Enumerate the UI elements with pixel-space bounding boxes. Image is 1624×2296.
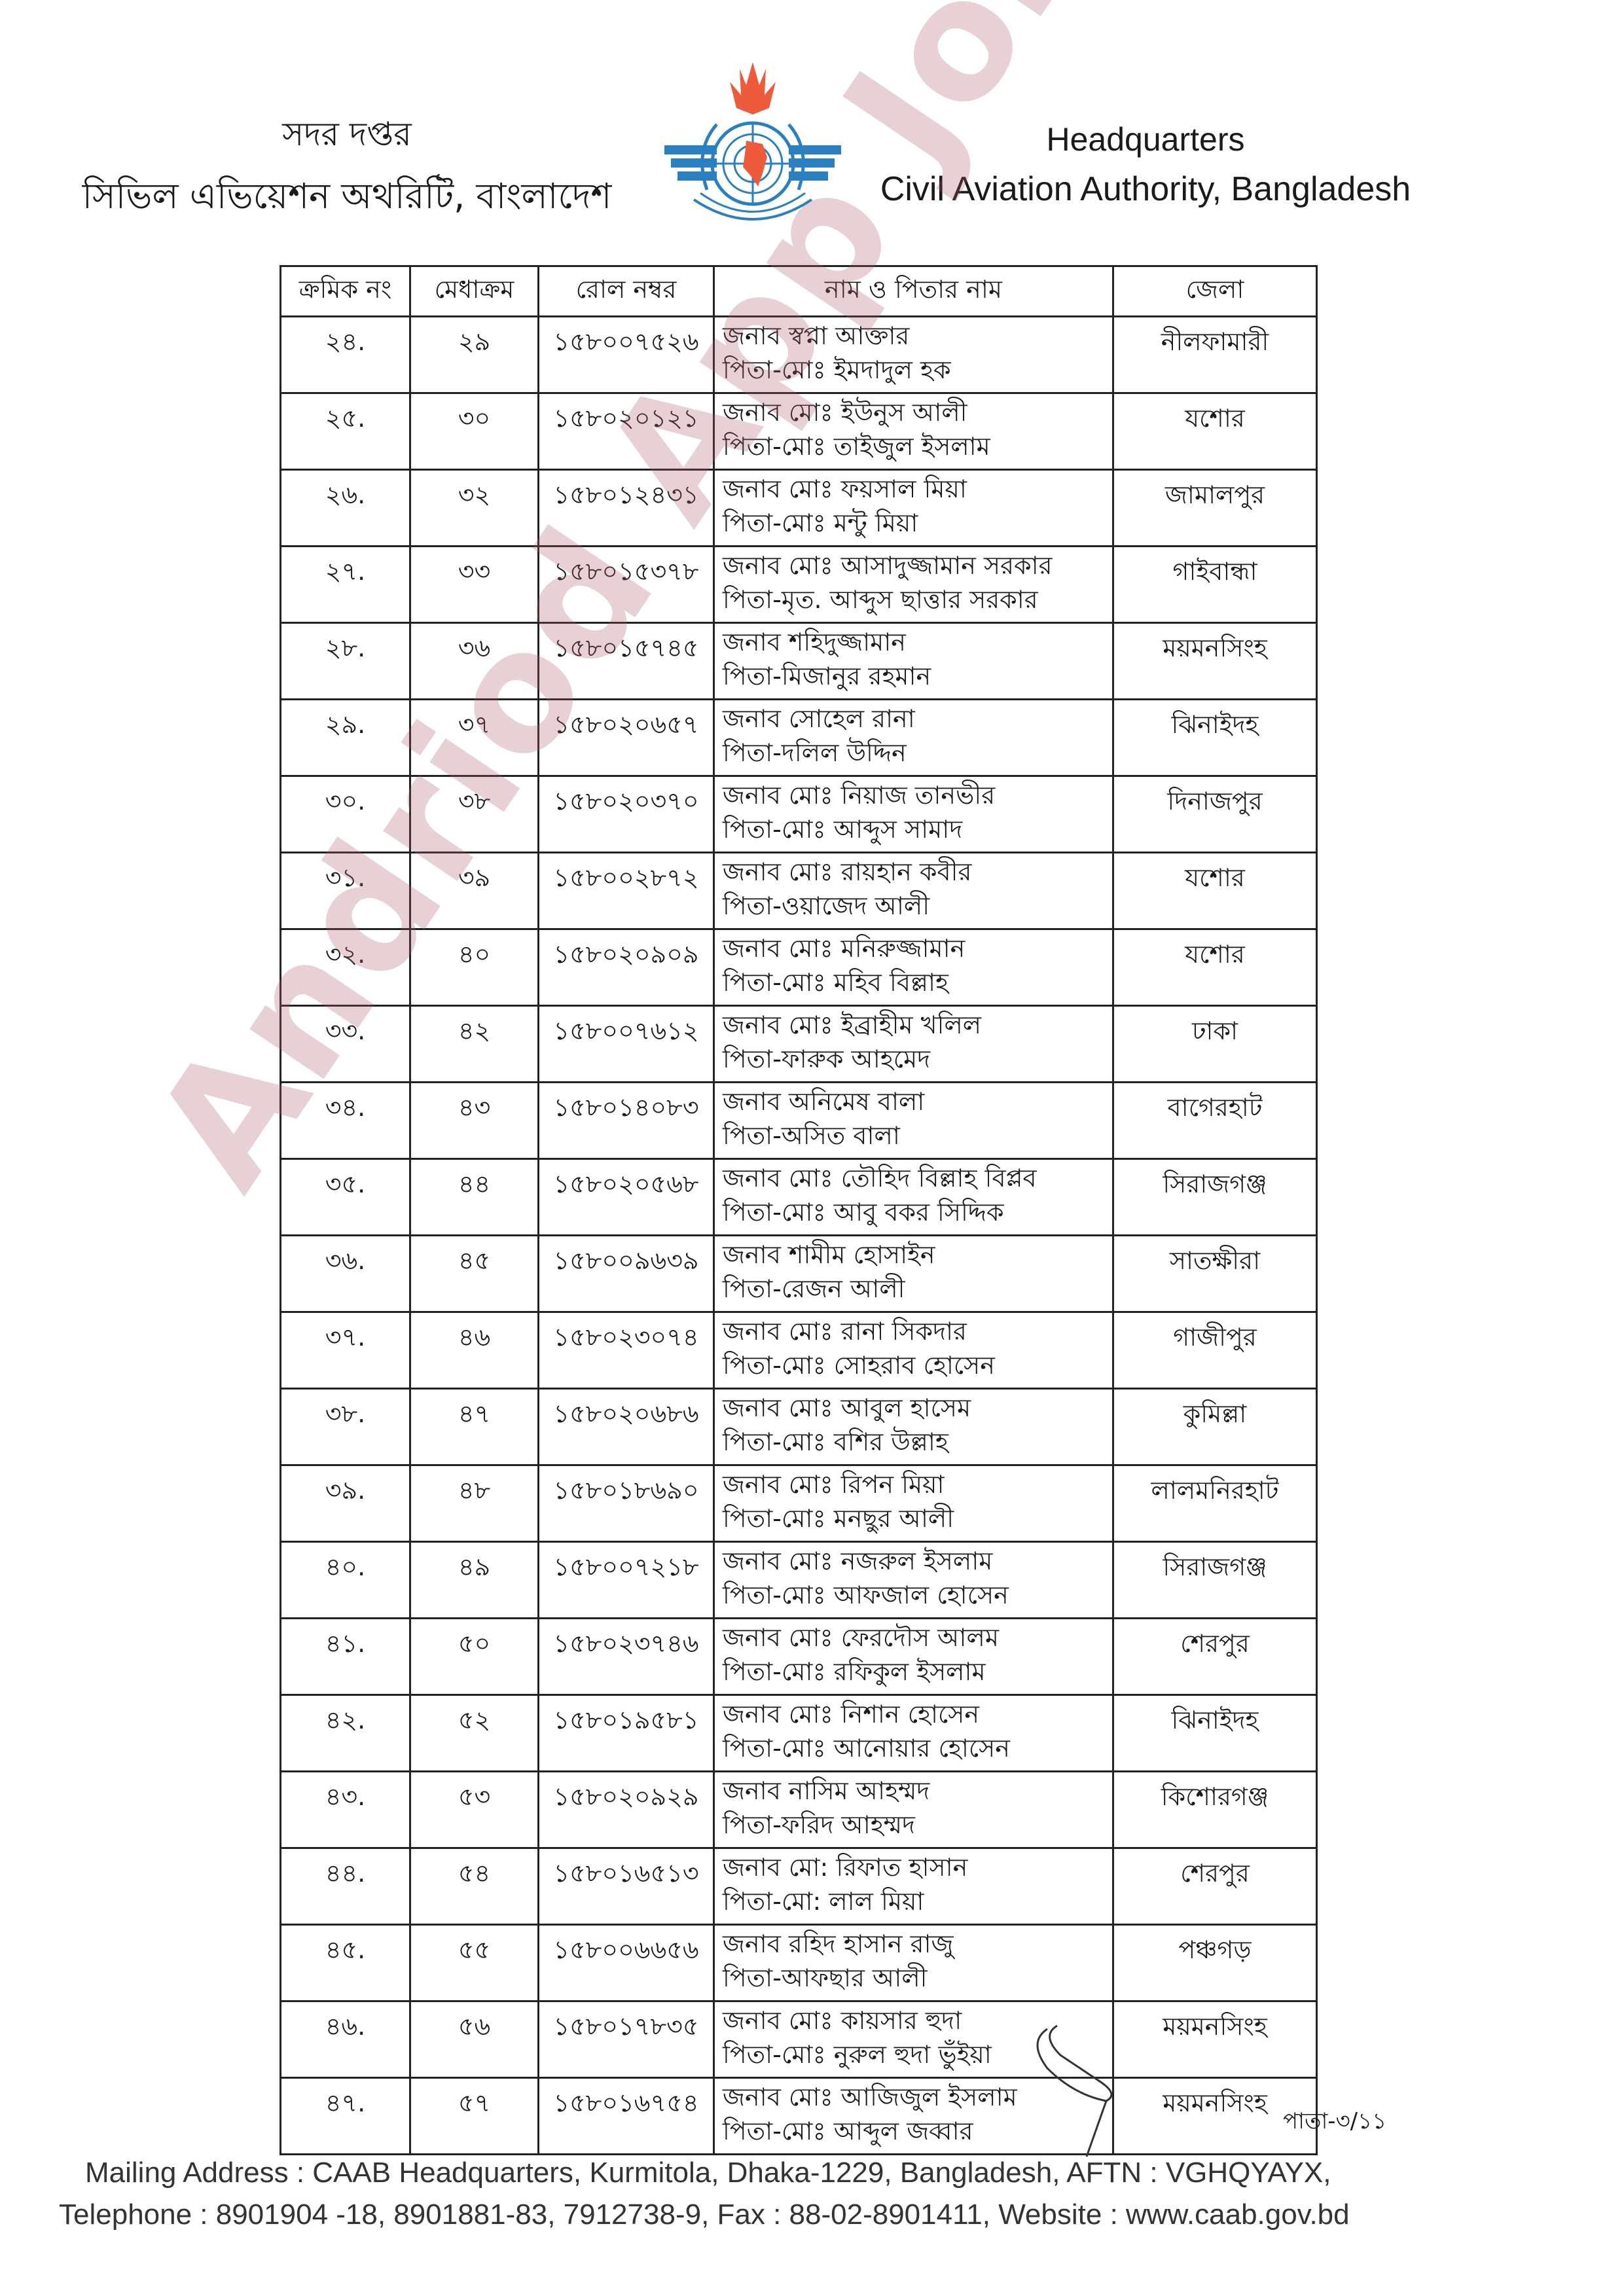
serial-cell: ২৭. — [281, 547, 410, 623]
district-cell: ময়মনসিংহ — [1113, 623, 1317, 700]
father-name: পিতা-আফছার আলী — [723, 1961, 1111, 1995]
merit-cell: ৪৫ — [410, 1236, 539, 1312]
table-row: ৩০.৩৮১৫৮০২০৩৭০জনাব মোঃ নিয়াজ তানভীরপিতা… — [281, 776, 1317, 853]
name-cell: জনাব মোঃ নিশান হোসেনপিতা-মোঃ আনোয়ার হোস… — [714, 1695, 1113, 1772]
district-cell: যশোর — [1113, 393, 1317, 470]
serial-cell: ৩২. — [281, 929, 410, 1006]
col-serial: ক্রমিক নং — [281, 266, 410, 317]
candidate-name: জনাব মোঃ ইব্রাহীম খলিল — [723, 1008, 1111, 1042]
merit-cell: ৪৪ — [410, 1159, 539, 1236]
table-row: ২৭.৩৩১৫৮০১৫৩৭৮জনাব মোঃ আসাদুজ্জামান সরকা… — [281, 547, 1317, 623]
father-name: পিতা-মোঃ ইমদাদুল হক — [723, 353, 1111, 387]
table-row: ৩১.৩৯১৫৮০০২৮৭২জনাব মোঃ রায়হান কবীরপিতা-… — [281, 853, 1317, 929]
roll-cell: ১৫৮০১৫৭৪৫ — [539, 623, 714, 700]
table-row: ৩৩.৪২১৫৮০০৭৬১২জনাব মোঃ ইব্রাহীম খলিলপিতা… — [281, 1006, 1317, 1083]
candidate-name: জনাব রহিদ হাসান রাজু — [723, 1927, 1111, 1961]
footer-line1: Mailing Address : CAAB Headquarters, Kur… — [39, 2153, 1479, 2193]
merit-cell: ৫৫ — [410, 1925, 539, 2001]
roll-cell: ১৫৮০১৯৫৮১ — [539, 1695, 714, 1772]
header-en-line2: Civil Aviation Authority, Bangladesh — [857, 166, 1434, 212]
roll-cell: ১৫৮০২০৬৫৭ — [539, 700, 714, 776]
serial-cell: ৪৫. — [281, 1925, 410, 2001]
merit-cell: ৫০ — [410, 1619, 539, 1695]
document-page: সদর দপ্তর সিভিল এভিয়েশন অথরিটি, বাংলাদে… — [0, 0, 1624, 2296]
father-name: পিতা-মিজানুর রহমান — [723, 659, 1111, 693]
serial-cell: ৩৩. — [281, 1006, 410, 1083]
header-bn-line1: সদর দপ্তর — [65, 111, 628, 157]
table-header-row: ক্রমিক নং মেধাক্রম রোল নম্বর নাম ও পিতার… — [281, 266, 1317, 317]
candidate-name: জনাব মোঃ ইউনুস আলী — [723, 395, 1111, 429]
district-cell: জামালপুর — [1113, 470, 1317, 547]
merit-cell: ৪৭ — [410, 1389, 539, 1465]
header-bengali: সদর দপ্তর সিভিল এভিয়েশন অথরিটি, বাংলাদে… — [65, 111, 628, 223]
table-row: ৪৪.৫৪১৫৮০১৬৫১৩জনাব মো: রিফাত হাসানপিতা-ম… — [281, 1848, 1317, 1925]
candidate-name: জনাব মোঃ তৌহিদ বিল্লাহ বিপ্লব — [723, 1161, 1111, 1195]
serial-cell: ৩৮. — [281, 1389, 410, 1465]
candidate-name: জনাব অনিমেষ বালা — [723, 1085, 1111, 1119]
name-cell: জনাব স্বপ্না আক্তারপিতা-মোঃ ইমদাদুল হক — [714, 317, 1113, 393]
roll-cell: ১৫৮০২০১২১ — [539, 393, 714, 470]
candidate-name: জনাব মোঃ রানা সিকদার — [723, 1314, 1111, 1348]
candidate-name: জনাব মোঃ আবুল হাসেম — [723, 1391, 1111, 1425]
table-row: ৪৭.৫৭১৫৮০১৬৭৫৪জনাব মোঃ আজিজুল ইসলামপিতা-… — [281, 2078, 1317, 2155]
candidate-name: জনাব মোঃ নিশান হোসেন — [723, 1697, 1111, 1731]
footer-line2: Telephone : 8901904 -18, 8901881-83, 791… — [39, 2195, 1479, 2234]
header-english: Headquarters Civil Aviation Authority, B… — [857, 118, 1434, 212]
name-cell: জনাব মোঃ রিপন মিয়াপিতা-মোঃ মনছুর আলী — [714, 1465, 1113, 1542]
merit-cell: ৫৭ — [410, 2078, 539, 2155]
table-row: ৩৪.৪৩১৫৮০১৪০৮৩জনাব অনিমেষ বালাপিতা-অসিত … — [281, 1083, 1317, 1159]
merit-cell: ৪৩ — [410, 1083, 539, 1159]
district-cell: সাতক্ষীরা — [1113, 1236, 1317, 1312]
table-row: ২৯.৩৭১৫৮০২০৬৫৭জনাব সোহেল রানাপিতা-দলিল উ… — [281, 700, 1317, 776]
table-row: ৪১.৫০১৫৮০২৩৭৪৬জনাব মোঃ ফেরদৌস আলমপিতা-মো… — [281, 1619, 1317, 1695]
merit-cell: ৫৩ — [410, 1772, 539, 1848]
father-name: পিতা-রেজন আলী — [723, 1272, 1111, 1306]
col-roll: রোল নম্বর — [539, 266, 714, 317]
table-row: ২৪.২৯১৫৮০০৭৫২৬জনাব স্বপ্না আক্তারপিতা-মো… — [281, 317, 1317, 393]
name-cell: জনাব মোঃ ফেরদৌস আলমপিতা-মোঃ রফিকুল ইসলাম — [714, 1619, 1113, 1695]
district-cell: যশোর — [1113, 929, 1317, 1006]
roll-cell: ১৫৮০০৯৬৩৯ — [539, 1236, 714, 1312]
table-row: ৩৭.৪৬১৫৮০২৩০৭৪জনাব মোঃ রানা সিকদারপিতা-ম… — [281, 1312, 1317, 1389]
table-row: ৪৬.৫৬১৫৮০১৭৮৩৫জনাব মোঃ কায়সার হুদাপিতা-… — [281, 2001, 1317, 2078]
serial-cell: ২৮. — [281, 623, 410, 700]
roll-cell: ১৫৮০০৭২১৮ — [539, 1542, 714, 1619]
district-cell: যশোর — [1113, 853, 1317, 929]
district-cell: সিরাজগঞ্জ — [1113, 1159, 1317, 1236]
district-cell: লালমনিরহাট — [1113, 1465, 1317, 1542]
merit-cell: ৫৪ — [410, 1848, 539, 1925]
header-bn-line2: সিভিল এভিয়েশন অথরিটি, বাংলাদেশ — [65, 170, 628, 223]
page-number: পাতা-৩/১১ — [1283, 2104, 1386, 2142]
merit-cell: ৪৮ — [410, 1465, 539, 1542]
table-row: ২৬.৩২১৫৮০১২৪৩১জনাব মোঃ ফয়সাল মিয়াপিতা-… — [281, 470, 1317, 547]
serial-cell: ৪০. — [281, 1542, 410, 1619]
serial-cell: ২৬. — [281, 470, 410, 547]
header-en-line1: Headquarters — [857, 118, 1434, 161]
district-cell: শেরপুর — [1113, 1619, 1317, 1695]
district-cell: ঝিনাইদহ — [1113, 700, 1317, 776]
merit-cell: ৪৯ — [410, 1542, 539, 1619]
name-cell: জনাব মো: রিফাত হাসানপিতা-মো: লাল মিয়া — [714, 1848, 1113, 1925]
candidate-name: জনাব নাসিম আহম্মদ — [723, 1774, 1111, 1808]
name-cell: জনাব নাসিম আহম্মদপিতা-ফরিদ আহম্মদ — [714, 1772, 1113, 1848]
name-cell: জনাব শামীম হোসাইনপিতা-রেজন আলী — [714, 1236, 1113, 1312]
roll-cell: ১৫৮০০৭৫২৬ — [539, 317, 714, 393]
table-row: ৪৫.৫৫১৫৮০০৬৬৫৬জনাব রহিদ হাসান রাজুপিতা-আ… — [281, 1925, 1317, 2001]
father-name: পিতা-অসিত বালা — [723, 1119, 1111, 1153]
table-row: ৩৫.৪৪১৫৮০২০৫৬৮জনাব মোঃ তৌহিদ বিল্লাহ বিপ… — [281, 1159, 1317, 1236]
table-row: ৪৩.৫৩১৫৮০২০৯২৯জনাব নাসিম আহম্মদপিতা-ফরিদ… — [281, 1772, 1317, 1848]
candidate-table: ক্রমিক নং মেধাক্রম রোল নম্বর নাম ও পিতার… — [280, 265, 1316, 2155]
candidate-name: জনাব মোঃ আসাদুজ্জামান সরকার — [723, 548, 1111, 583]
serial-cell: ২৯. — [281, 700, 410, 776]
father-name: পিতা-মোঃ আবু বকর সিদ্দিক — [723, 1195, 1111, 1229]
candidate-name: জনাব মোঃ রায়হান কবীর — [723, 855, 1111, 889]
serial-cell: ৪৭. — [281, 2078, 410, 2155]
table-row: ৩৯.৪৮১৫৮০১৮৬৯০জনাব মোঃ রিপন মিয়াপিতা-মো… — [281, 1465, 1317, 1542]
table-row: ২৫.৩০১৫৮০২০১২১জনাব মোঃ ইউনুস আলীপিতা-মোঃ… — [281, 393, 1317, 470]
father-name: পিতা-মোঃ মনছুর আলী — [723, 1501, 1111, 1535]
candidate-name: জনাব স্বপ্না আক্তার — [723, 319, 1111, 353]
name-cell: জনাব মোঃ নিয়াজ তানভীরপিতা-মোঃ আব্দুস সা… — [714, 776, 1113, 853]
district-cell: কুমিল্লা — [1113, 1389, 1317, 1465]
candidate-name: জনাব সোহেল রানা — [723, 702, 1111, 736]
roll-cell: ১৫৮০০৭৬১২ — [539, 1006, 714, 1083]
candidate-name: জনাব মোঃ নজরুল ইসলাম — [723, 1544, 1111, 1578]
serial-cell: ৩৫. — [281, 1159, 410, 1236]
roll-cell: ১৫৮০১৭৮৩৫ — [539, 2001, 714, 2078]
roll-cell: ১৫৮০২০৬৮৬ — [539, 1389, 714, 1465]
district-cell: দিনাজপুর — [1113, 776, 1317, 853]
table-row: ৩৮.৪৭১৫৮০২০৬৮৬জনাব মোঃ আবুল হাসেমপিতা-মো… — [281, 1389, 1317, 1465]
candidate-name: জনাব মোঃ রিপন মিয়া — [723, 1467, 1111, 1501]
serial-cell: ৪৪. — [281, 1848, 410, 1925]
roll-cell: ১৫৮০২০৫৬৮ — [539, 1159, 714, 1236]
name-cell: জনাব অনিমেষ বালাপিতা-অসিত বালা — [714, 1083, 1113, 1159]
district-cell: ঝিনাইদহ — [1113, 1695, 1317, 1772]
signature-mark-icon — [1021, 2016, 1152, 2160]
father-name: পিতা-মৃত. আব্দুস ছাত্তার সরকার — [723, 583, 1111, 617]
father-name: পিতা-মোঃ আব্দুস সামাদ — [723, 812, 1111, 846]
merit-cell: ৩৬ — [410, 623, 539, 700]
father-name: পিতা-মোঃ বশির উল্লাহ — [723, 1425, 1111, 1459]
table-row: ৩২.৪০১৫৮০২০৯০৯জনাব মোঃ মনিরুজ্জামানপিতা-… — [281, 929, 1317, 1006]
district-cell: বাগেরহাট — [1113, 1083, 1317, 1159]
roll-cell: ১৫৮০২০৩৭০ — [539, 776, 714, 853]
caab-logo-icon — [655, 59, 851, 242]
table-row: ৪২.৫২১৫৮০১৯৫৮১জনাব মোঃ নিশান হোসেনপিতা-ম… — [281, 1695, 1317, 1772]
father-name: পিতা-মোঃ মহিব বিল্লাহ — [723, 965, 1111, 999]
name-cell: জনাব মোঃ ইব্রাহীম খলিলপিতা-ফারুক আহমেদ — [714, 1006, 1113, 1083]
serial-cell: ৩৪. — [281, 1083, 410, 1159]
name-cell: জনাব রহিদ হাসান রাজুপিতা-আফছার আলী — [714, 1925, 1113, 2001]
district-cell: পঞ্চগড় — [1113, 1925, 1317, 2001]
merit-cell: ৫৬ — [410, 2001, 539, 2078]
serial-cell: ৩৬. — [281, 1236, 410, 1312]
father-name: পিতা-মো: লাল মিয়া — [723, 1884, 1111, 1918]
col-merit: মেধাক্রম — [410, 266, 539, 317]
roll-cell: ১৫৮০১৫৩৭৮ — [539, 547, 714, 623]
father-name: পিতা-মোঃ আফজাল হোসেন — [723, 1578, 1111, 1612]
district-cell: শেরপুর — [1113, 1848, 1317, 1925]
serial-cell: ৪২. — [281, 1695, 410, 1772]
district-cell: নীলফামারী — [1113, 317, 1317, 393]
roll-cell: ১৫৮০২০৯২৯ — [539, 1772, 714, 1848]
serial-cell: ২৫. — [281, 393, 410, 470]
district-cell: কিশোরগঞ্জ — [1113, 1772, 1317, 1848]
name-cell: জনাব মোঃ আসাদুজ্জামান সরকারপিতা-মৃত. আব্… — [714, 547, 1113, 623]
district-cell: গাইবান্ধা — [1113, 547, 1317, 623]
merit-cell: ৩০ — [410, 393, 539, 470]
serial-cell: ৪১. — [281, 1619, 410, 1695]
roll-cell: ১৫৮০১৬৭৫৪ — [539, 2078, 714, 2155]
name-cell: জনাব শহিদুজ্জামানপিতা-মিজানুর রহমান — [714, 623, 1113, 700]
roll-cell: ১৫৮০১২৪৩১ — [539, 470, 714, 547]
name-cell: জনাব মোঃ নজরুল ইসলামপিতা-মোঃ আফজাল হোসেন — [714, 1542, 1113, 1619]
father-name: পিতা-ফরিদ আহম্মদ — [723, 1808, 1111, 1842]
serial-cell: ৩৭. — [281, 1312, 410, 1389]
merit-cell: ৩৮ — [410, 776, 539, 853]
col-name: নাম ও পিতার নাম — [714, 266, 1113, 317]
merit-cell: ৫২ — [410, 1695, 539, 1772]
candidate-name: জনাব মোঃ ফয়সাল মিয়া — [723, 472, 1111, 506]
col-district: জেলা — [1113, 266, 1317, 317]
name-cell: জনাব মোঃ তৌহিদ বিল্লাহ বিপ্লবপিতা-মোঃ আব… — [714, 1159, 1113, 1236]
father-name: পিতা-ওয়াজেদ আলী — [723, 889, 1111, 923]
merit-cell: ৩২ — [410, 470, 539, 547]
candidate-name: জনাব মো: রিফাত হাসান — [723, 1850, 1111, 1884]
district-cell: ঢাকা — [1113, 1006, 1317, 1083]
candidate-name: জনাব মোঃ ফেরদৌস আলম — [723, 1621, 1111, 1655]
serial-cell: ৩৯. — [281, 1465, 410, 1542]
district-cell: সিরাজগঞ্জ — [1113, 1542, 1317, 1619]
candidate-name: জনাব মোঃ মনিরুজ্জামান — [723, 931, 1111, 965]
district-cell: গাজীপুর — [1113, 1312, 1317, 1389]
roll-cell: ১৫৮০০৬৬৫৬ — [539, 1925, 714, 2001]
serial-cell: ২৪. — [281, 317, 410, 393]
name-cell: জনাব মোঃ রানা সিকদারপিতা-মোঃ সোহরাব হোসে… — [714, 1312, 1113, 1389]
name-cell: জনাব মোঃ মনিরুজ্জামানপিতা-মোঃ মহিব বিল্ল… — [714, 929, 1113, 1006]
serial-cell: ৩০. — [281, 776, 410, 853]
merit-cell: ৪৬ — [410, 1312, 539, 1389]
name-cell: জনাব সোহেল রানাপিতা-দলিল উদ্দিন — [714, 700, 1113, 776]
serial-cell: ৪৩. — [281, 1772, 410, 1848]
merit-cell: ৩৯ — [410, 853, 539, 929]
father-name: পিতা-মোঃ মন্টু মিয়া — [723, 506, 1111, 540]
candidate-name: জনাব মোঃ নিয়াজ তানভীর — [723, 778, 1111, 812]
name-cell: জনাব মোঃ ইউনুস আলীপিতা-মোঃ তাইজুল ইসলাম — [714, 393, 1113, 470]
serial-cell: ৩১. — [281, 853, 410, 929]
roll-cell: ১৫৮০২৩০৭৪ — [539, 1312, 714, 1389]
table-row: ৩৬.৪৫১৫৮০০৯৬৩৯জনাব শামীম হোসাইনপিতা-রেজন… — [281, 1236, 1317, 1312]
roll-cell: ১৫৮০১৬৫১৩ — [539, 1848, 714, 1925]
candidate-name: জনাব শহিদুজ্জামান — [723, 625, 1111, 659]
father-name: পিতা-ফারুক আহমেদ — [723, 1042, 1111, 1076]
father-name: পিতা-মোঃ তাইজুল ইসলাম — [723, 429, 1111, 463]
merit-cell: ৩৭ — [410, 700, 539, 776]
merit-cell: ৩৩ — [410, 547, 539, 623]
merit-cell: ২৯ — [410, 317, 539, 393]
footer-address: Mailing Address : CAAB Headquarters, Kur… — [39, 2153, 1479, 2234]
merit-cell: ৪০ — [410, 929, 539, 1006]
name-cell: জনাব মোঃ রায়হান কবীরপিতা-ওয়াজেদ আলী — [714, 853, 1113, 929]
roll-cell: ১৫৮০১৪০৮৩ — [539, 1083, 714, 1159]
candidate-name: জনাব শামীম হোসাইন — [723, 1238, 1111, 1272]
table-row: ২৮.৩৬১৫৮০১৫৭৪৫জনাব শহিদুজ্জামানপিতা-মিজা… — [281, 623, 1317, 700]
roll-cell: ১৫৮০০২৮৭২ — [539, 853, 714, 929]
name-cell: জনাব মোঃ আবুল হাসেমপিতা-মোঃ বশির উল্লাহ — [714, 1389, 1113, 1465]
father-name: পিতা-মোঃ সোহরাব হোসেন — [723, 1348, 1111, 1382]
serial-cell: ৪৬. — [281, 2001, 410, 2078]
father-name: পিতা-মোঃ আনোয়ার হোসেন — [723, 1731, 1111, 1765]
merit-cell: ৪২ — [410, 1006, 539, 1083]
roll-cell: ১৫৮০২৩৭৪৬ — [539, 1619, 714, 1695]
roll-cell: ১৫৮০২০৯০৯ — [539, 929, 714, 1006]
table-row: ৪০.৪৯১৫৮০০৭২১৮জনাব মোঃ নজরুল ইসলামপিতা-ম… — [281, 1542, 1317, 1619]
father-name: পিতা-দলিল উদ্দিন — [723, 736, 1111, 770]
father-name: পিতা-মোঃ রফিকুল ইসলাম — [723, 1655, 1111, 1689]
name-cell: জনাব মোঃ ফয়সাল মিয়াপিতা-মোঃ মন্টু মিয়… — [714, 470, 1113, 547]
roll-cell: ১৫৮০১৮৬৯০ — [539, 1465, 714, 1542]
